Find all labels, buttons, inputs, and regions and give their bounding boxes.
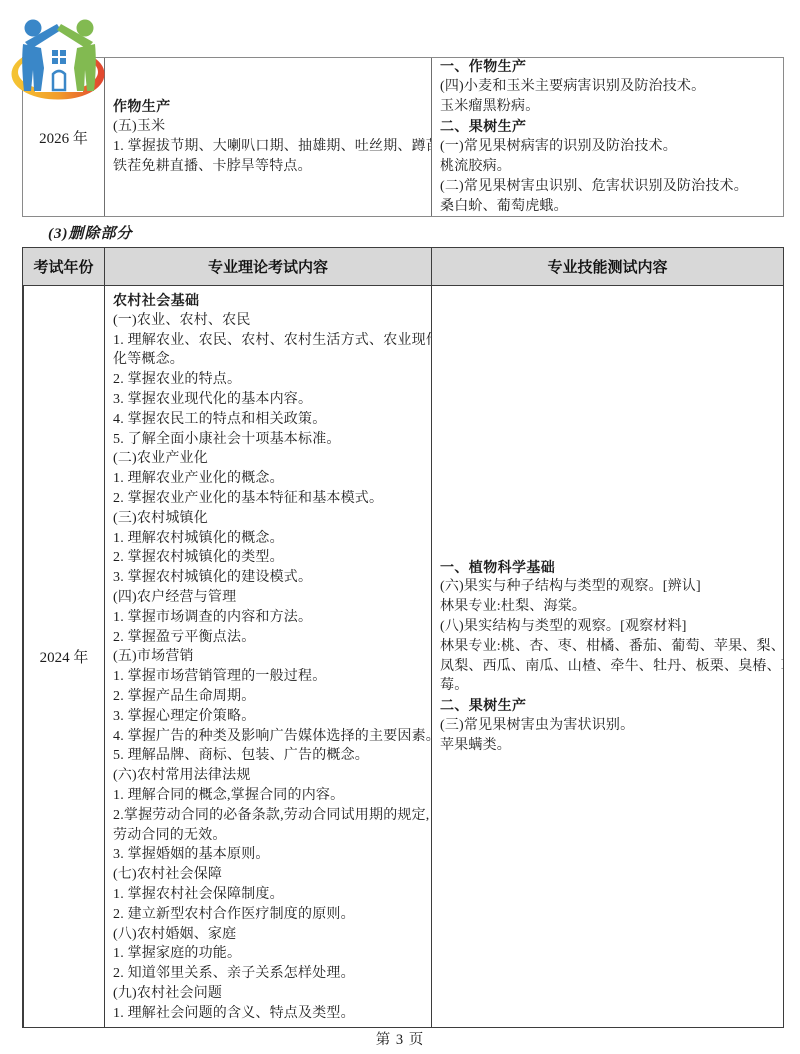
text-line: 二、果树生产 — [440, 696, 777, 716]
text-line: 3. 掌握心理定价策略。 — [113, 707, 425, 727]
text-line: (四)小麦和玉米主要病害识别及防治技术。 — [440, 77, 777, 97]
text-line: 5. 理解品牌、商标、包装、广告的概念。 — [113, 746, 425, 766]
section-heading: (3)删除部分 — [48, 222, 133, 243]
text-line: (五)市场营销 — [113, 647, 425, 667]
people-house-logo-icon — [8, 12, 110, 108]
text-line: (三)农村城镇化 — [113, 509, 425, 529]
page-number: 第 3 页 — [0, 1028, 800, 1049]
text-line: 农村社会基础 — [113, 291, 425, 311]
text-line: (二)农业产业化 — [113, 449, 425, 469]
text-line: 2.掌握劳动合同的必备条款,劳动合同试用期的规定, — [113, 806, 425, 826]
text-line: 1. 理解合同的概念,掌握合同的内容。 — [113, 786, 425, 806]
text-line: 1. 理解社会问题的含义、特点及类型。 — [113, 1004, 425, 1024]
text-line: 5. 了解全面小康社会十项基本标准。 — [113, 430, 425, 450]
table-2026-continuation: 2026 年 作物生产(五)玉米1. 掌握拔节期、大喇叭口期、抽雄期、吐丝期、蹲… — [22, 57, 784, 217]
text-line: 作物生产 — [113, 97, 425, 117]
scanned-document-page: { "section_heading": "(3)删除部分", "footer"… — [0, 0, 800, 1054]
text-line: 一、植物科学基础 — [440, 558, 777, 578]
text-line: 4. 掌握广告的种类及影响广告媒体选择的主要因素。 — [113, 727, 425, 747]
year-label: 2026 年 — [39, 127, 88, 148]
text-line: 2. 掌握产品生命周期。 — [113, 687, 425, 707]
text-line: 2. 掌握农业的特点。 — [113, 370, 425, 390]
text-line: 林果专业:桃、杏、枣、柑橘、番茄、葡萄、苹果、梨、 — [440, 637, 777, 657]
skills-cell-2024: 一、植物科学基础(六)果实与种子结构与类型的观察。[辨认]林果专业:杜梨、海棠。… — [431, 286, 783, 1027]
text-line: 1. 理解农业产业化的概念。 — [113, 469, 425, 489]
text-line: (一)常见果树病害的识别及防治技术。 — [440, 137, 777, 157]
text-line: 3. 掌握农村城镇化的建设模式。 — [113, 568, 425, 588]
text-line: 桑白蚧、葡萄虎蛾。 — [440, 197, 777, 216]
text-line: 凤梨、西瓜、南瓜、山楂、牵牛、牡丹、板栗、臭椿、草 — [440, 657, 777, 677]
text-line: 2. 掌握农业产业化的基本特征和基本模式。 — [113, 489, 425, 509]
text-line: 1. 掌握农村社会保障制度。 — [113, 885, 425, 905]
year-cell-2024: 2024 年 — [23, 286, 104, 1027]
text-line: 劳动合同的无效。 — [113, 826, 425, 846]
text-line: 化等概念。 — [113, 350, 425, 370]
text-line: 铁茬免耕直播、卡脖旱等特点。 — [113, 157, 425, 177]
text-line: (五)玉米 — [113, 117, 425, 137]
theory-cell-2026: 作物生产(五)玉米1. 掌握拔节期、大喇叭口期、抽雄期、吐丝期、蹲苗、铁茬免耕直… — [104, 58, 431, 216]
text-line: 二、果树生产 — [440, 117, 777, 137]
text-line: (六)果实与种子结构与类型的观察。[辨认] — [440, 577, 777, 597]
text-line: 3. 掌握婚姻的基本原则。 — [113, 845, 425, 865]
header-exam-year: 考试年份 — [23, 248, 104, 286]
text-line: (八)农村婚姻、家庭 — [113, 925, 425, 945]
text-line: 玉米瘤黑粉病。 — [440, 97, 777, 117]
text-line: 1. 掌握市场调查的内容和方法。 — [113, 608, 425, 628]
text-line: 2. 掌握盈亏平衡点法。 — [113, 628, 425, 648]
text-line: (四)农户经营与管理 — [113, 588, 425, 608]
header-skills-content: 专业技能测试内容 — [431, 248, 783, 286]
text-line: 4. 掌握农民工的特点和相关政策。 — [113, 410, 425, 430]
text-line: 1. 掌握市场营销管理的一般过程。 — [113, 667, 425, 687]
text-line: 一、作物生产 — [440, 58, 777, 77]
text-line: 莓。 — [440, 676, 777, 696]
header-theory-content: 专业理论考试内容 — [104, 248, 431, 286]
text-line: 1. 理解农村城镇化的概念。 — [113, 529, 425, 549]
text-line: 2. 建立新型农村合作医疗制度的原则。 — [113, 905, 425, 925]
table-deleted-content: 考试年份 专业理论考试内容 专业技能测试内容 2024 年 农村社会基础(一)农… — [22, 247, 784, 1028]
year-label: 2024 年 — [40, 646, 89, 667]
skills-cell-2026: 一、作物生产(四)小麦和玉米主要病害识别及防治技术。玉米瘤黑粉病。二、果树生产(… — [431, 58, 783, 216]
logo-door — [53, 71, 65, 90]
text-line: (九)农村社会问题 — [113, 984, 425, 1004]
text-line: (七)农村社会保障 — [113, 865, 425, 885]
text-line: 3. 掌握农业现代化的基本内容。 — [113, 390, 425, 410]
text-line: 1. 掌握家庭的功能。 — [113, 944, 425, 964]
text-line: 2. 掌握农村城镇化的类型。 — [113, 548, 425, 568]
text-line: (三)常见果树害虫为害状识别。 — [440, 716, 777, 736]
text-line: (六)农村常用法律法规 — [113, 766, 425, 786]
theory-cell-2024: 农村社会基础(一)农业、农村、农民1. 理解农业、农民、农村、农村生活方式、农业… — [104, 286, 431, 1027]
text-line: 桃流胶病。 — [440, 157, 777, 177]
text-line: (二)常见果树害虫识别、危害状识别及防治技术。 — [440, 177, 777, 197]
text-line: 1. 理解农业、农民、农村、农村生活方式、农业现代 — [113, 331, 425, 351]
text-line: 苹果螨类。 — [440, 736, 777, 756]
text-line: (八)果实结构与类型的观察。[观察材料] — [440, 617, 777, 637]
text-line: (一)农业、农村、农民 — [113, 311, 425, 331]
text-line: 2. 知道邻里关系、亲子关系怎样处理。 — [113, 964, 425, 984]
text-line: 林果专业:杜梨、海棠。 — [440, 597, 777, 617]
text-line: 1. 掌握拔节期、大喇叭口期、抽雄期、吐丝期、蹲苗、 — [113, 137, 425, 157]
